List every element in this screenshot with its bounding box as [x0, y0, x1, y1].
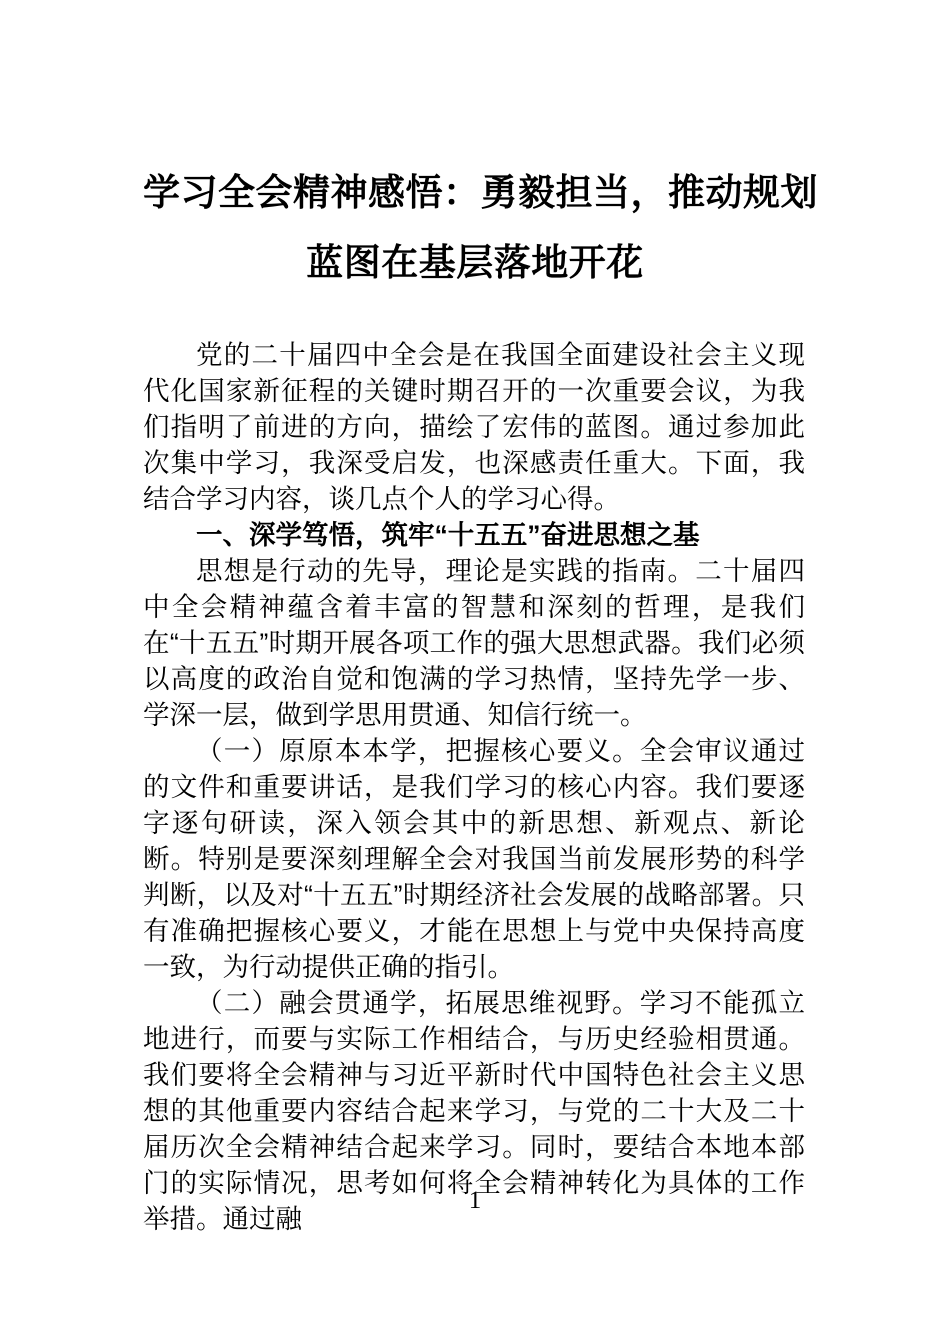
section-1-lead-paragraph: 思想是行动的先导，理论是实践的指南。二十届四中全会精神蕴含着丰富的智慧和深刻的哲…	[143, 553, 805, 733]
section-1-heading: 一、深学笃悟，筑牢“十五五”奋进思想之基	[143, 517, 805, 553]
document-body: 党的二十届四中全会是在我国全面建设社会主义现代化国家新征程的关键时期召开的一次重…	[143, 337, 805, 1237]
subsection-1-paragraph: （一）原原本本学，把握核心要义。全会审议通过的文件和重要讲话，是我们学习的核心内…	[143, 733, 805, 985]
document-title: 学习全会精神感悟：勇毅担当，推动规划 蓝图在基层落地开花	[143, 158, 807, 298]
document-title-line-2: 蓝图在基层落地开花	[143, 228, 807, 298]
document-title-line-1: 学习全会精神感悟：勇毅担当，推动规划	[143, 158, 807, 228]
document-page: 学习全会精神感悟：勇毅担当，推动规划 蓝图在基层落地开花 党的二十届四中全会是在…	[0, 0, 950, 1344]
page-number: 1	[0, 1186, 950, 1216]
paragraph-intro: 党的二十届四中全会是在我国全面建设社会主义现代化国家新征程的关键时期召开的一次重…	[143, 337, 805, 517]
